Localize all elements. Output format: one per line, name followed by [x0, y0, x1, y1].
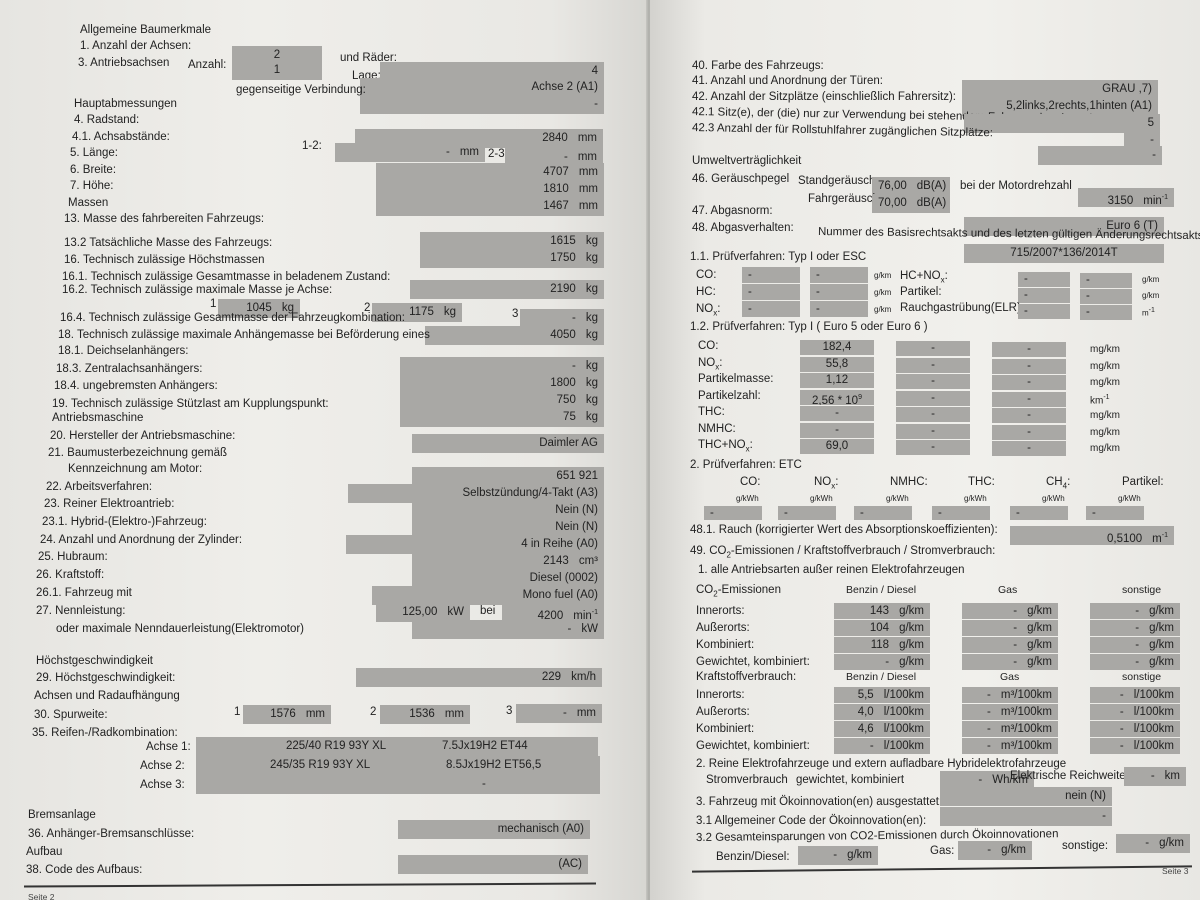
- field-wheelchair-seats: -: [1038, 146, 1162, 165]
- label-engine-marking: Kennzeichnung am Motor:: [68, 463, 202, 475]
- field-d12: -mm: [335, 143, 485, 162]
- test1-1-label: Rauchgastrübung(ELR):: [900, 302, 1024, 314]
- label-electric: 2. Reine Elektrofahrzeuge und extern auf…: [696, 758, 1066, 770]
- fuel-row-label: Innerorts:: [696, 689, 745, 701]
- co2-value: -g/km: [1090, 654, 1180, 670]
- fuel-value: -m³/100km: [962, 721, 1058, 737]
- test1-2-unit: mg/km: [1090, 344, 1120, 355]
- test1-1-value: -: [1018, 272, 1070, 287]
- test2-unit: g/kWh: [1042, 494, 1065, 503]
- label-emission-std: 47. Abgasnorm:: [692, 205, 773, 217]
- label-eco-innovation: 3. Fahrzeug mit Ökoinnovation(en) ausges…: [696, 796, 942, 808]
- fuel-value: -l/100km: [834, 738, 930, 754]
- label-savings-gas: Gas:: [930, 845, 954, 857]
- test1-2-value: 55,8: [800, 357, 874, 372]
- test1-2-value: -: [992, 441, 1066, 456]
- field-drive-noise: 70,00dB(A): [872, 194, 950, 213]
- label-interconnection: gegenseitige Verbindung:: [236, 84, 366, 96]
- test1-1-value: -: [810, 284, 868, 300]
- test2-unit: g/kWh: [964, 494, 987, 503]
- label-trailer-mass: 18. Technisch zulässige maximale Anhänge…: [58, 329, 430, 341]
- test1-2-value: -: [896, 407, 970, 422]
- label-electric-range: Elektrische Reichweite: [1010, 770, 1126, 782]
- test1-1-value: -: [810, 267, 868, 283]
- fuel-value: -l/100km: [1090, 704, 1180, 720]
- test1-2-value: -: [992, 425, 1066, 440]
- field-tyres-axle1: 225/40 R19 93Y XL 7.5Jx19H2 ET44: [196, 737, 598, 756]
- co2-row-label: Kombiniert:: [696, 639, 754, 651]
- label-length: 5. Länge:: [70, 147, 118, 159]
- label-fuel-consumption: Kraftstoffverbrauch:: [696, 671, 796, 683]
- label-test1-1: 1.1. Prüfverfahren: Typ I oder ESC: [690, 251, 866, 263]
- test1-1-label: CO:: [696, 269, 716, 281]
- co2-column-header: Benzin / Diesel: [846, 584, 916, 596]
- field-electric-range: -km: [1124, 767, 1186, 786]
- test1-1-value: -: [810, 301, 868, 317]
- test1-2-label: Partikelmasse:: [698, 373, 773, 385]
- label-eco-code: 3.1 Allgemeiner Code der Ökoinnovation(e…: [696, 815, 926, 827]
- test1-1-unit: g/km: [1142, 291, 1159, 300]
- co2-row-label: Innerorts:: [696, 605, 745, 617]
- label-d12: 1-2:: [302, 140, 322, 152]
- test2-value: -: [704, 506, 762, 520]
- fuel-value: -m³/100km: [962, 704, 1058, 720]
- label-wheelchair-seats: 42.3 Anzahl der für Rollstuhlfahrer zugä…: [692, 122, 993, 139]
- label-at-rpm: bei der Motordrehzahl: [960, 180, 1072, 192]
- co2-column-header: sonstige: [1122, 584, 1161, 596]
- axle-mass-index-1: 1: [210, 298, 216, 310]
- test1-2-value: -: [896, 341, 970, 356]
- test1-2-value: -: [992, 342, 1066, 357]
- co2-value: -g/km: [962, 603, 1058, 619]
- test2-label: NMHC:: [890, 476, 928, 488]
- label-pure-electric: 23. Reiner Elektroantrieb:: [44, 498, 174, 510]
- fuel-value: 5,5l/100km: [834, 687, 930, 703]
- co2-row-label: Gewichtet, kombiniert:: [696, 656, 810, 668]
- field-gross-mass: 2190kg: [410, 280, 604, 299]
- footer-divider-right: [692, 865, 1192, 872]
- co2-value: -g/km: [1090, 637, 1180, 653]
- fuel-column-header: Gas: [1000, 671, 1019, 683]
- field-noise-rpm: 3150min-1: [1078, 188, 1174, 207]
- label-height: 7. Höhe:: [70, 180, 113, 192]
- test1-2-value: 1,12: [800, 373, 874, 388]
- test1-2-value: -: [992, 392, 1066, 407]
- test1-1-value: -: [742, 284, 800, 300]
- section-body: Aufbau: [26, 846, 62, 858]
- test1-2-value: -: [896, 374, 970, 389]
- label-weighted-combined: gewichtet, kombiniert: [796, 774, 904, 786]
- field-tyres-axle3: -: [196, 775, 600, 794]
- test1-2-unit: mg/km: [1090, 410, 1120, 421]
- label-count: Anzahl:: [188, 59, 226, 71]
- test2-label: CH4:: [1046, 476, 1070, 490]
- label-vehicle-with: 26.1. Fahrzeug mit: [36, 587, 132, 599]
- test1-2-label: CO:: [698, 340, 718, 352]
- field-tyres-axle2: 245/35 R19 93Y XL 8.5Jx19H2 ET56,5: [196, 756, 600, 775]
- test2-value: -: [932, 506, 990, 520]
- left-page: Allgemeine Baumerkmale 1. Anzahl der Ach…: [0, 0, 648, 900]
- test1-1-unit: g/km: [874, 271, 891, 280]
- label-body-code: 38. Code des Aufbaus:: [26, 864, 142, 876]
- test2-value: -: [778, 506, 836, 520]
- label-hybrid: 23.1. Hybrid-(Elektro-)Fahrzeug:: [42, 516, 207, 528]
- test2-value: -: [1010, 506, 1068, 520]
- section-max-speed: Höchstgeschwindigkeit: [36, 655, 153, 667]
- label-savings-other: sonstige:: [1062, 840, 1108, 852]
- test2-value: -: [1086, 506, 1144, 520]
- field-max-masses: 1750kg: [420, 249, 604, 268]
- label-all-drives: 1. alle Antriebsarten außer reinen Elekt…: [698, 564, 965, 576]
- label-co2-emissions: CO2-Emissionen: [696, 584, 781, 598]
- label-smoke: 48.1. Rauch (korrigierter Wert des Absor…: [690, 524, 998, 536]
- co2-value: 143g/km: [834, 603, 930, 619]
- label-noise: 46. Geräuschpegel: [692, 173, 789, 185]
- label-manufacturer: 20. Hersteller der Antriebsmaschine:: [50, 430, 235, 442]
- test2-unit: g/kWh: [1118, 494, 1141, 503]
- co2-row-label: Außerorts:: [696, 622, 750, 634]
- label-doors: 41. Anzahl und Anordnung der Türen:: [692, 75, 883, 87]
- label-exhaust: 48. Abgasverhalten:: [692, 222, 794, 234]
- label-seats: 42. Anzahl der Sitzplätze (einschließlic…: [692, 91, 956, 103]
- track-index-2: 2: [370, 706, 376, 718]
- test1-1-value: -: [1080, 273, 1132, 288]
- test1-1-label: HC+NOx:: [900, 270, 948, 284]
- fuel-value: -l/100km: [1090, 738, 1180, 754]
- label-axles-count: 1. Anzahl der Achsen:: [80, 40, 191, 52]
- test2-unit: g/kWh: [810, 494, 833, 503]
- label-max-masses: 16. Technisch zulässige Höchstmassen: [64, 254, 265, 266]
- test1-1-unit: g/km: [874, 288, 891, 297]
- field-engine-extra: 75kg: [400, 408, 604, 427]
- test1-1-unit: m-1: [1142, 307, 1155, 318]
- label-axle3: Achse 3:: [140, 779, 185, 791]
- label-displacement: 25. Hubraum:: [38, 551, 108, 563]
- test1-1-value: -: [742, 267, 800, 283]
- field-track-2: 1536mm: [380, 705, 470, 724]
- field-legal-act: 715/2007*136/2014T: [964, 244, 1164, 263]
- label-width: 6. Breite:: [70, 164, 116, 176]
- label-axle-mass: 16.2. Technisch zulässige maximale Masse…: [62, 284, 332, 296]
- test1-2-label: NOx:: [698, 357, 722, 371]
- label-unbraked: 18.4. ungebremsten Anhängers:: [54, 380, 218, 392]
- test2-label: NOx:: [814, 476, 838, 490]
- field-track-1: 1576mm: [243, 705, 331, 724]
- field-track-3: -mm: [516, 704, 602, 723]
- label-legal-act: Nummer des Basisrechtsakts und des letzt…: [818, 226, 1200, 242]
- label-mass-running: 13. Masse des fahrbereiten Fahrzeugs:: [64, 213, 264, 225]
- test1-2-value: -: [992, 359, 1066, 374]
- section-general: Allgemeine Baumerkmale: [80, 24, 211, 36]
- test1-2-unit: mg/km: [1090, 443, 1120, 454]
- test1-2-value: -: [896, 440, 970, 455]
- field-savings-other: -g/km: [1116, 834, 1190, 853]
- label-test1-2: 1.2. Prüfverfahren: Typ I ( Euro 5 oder …: [690, 321, 928, 333]
- section-masses: Massen: [68, 197, 108, 209]
- label-top-speed: 29. Höchstgeschwindigkeit:: [36, 672, 175, 684]
- label-gross-mass: 16.1. Technisch zulässige Gesamtmasse in…: [62, 271, 390, 283]
- label-color: 40. Farbe des Fahrzeugs:: [692, 60, 824, 72]
- right-page: 40. Farbe des Fahrzeugs: 41. Anzahl und …: [650, 0, 1200, 900]
- fuel-value: -l/100km: [1090, 687, 1180, 703]
- label-support-load: 19. Technisch zulässige Stützlast am Kup…: [52, 398, 329, 410]
- co2-value: -g/km: [962, 654, 1058, 670]
- test1-2-value: -: [800, 423, 874, 438]
- label-trailer-brakes: 36. Anhänger-Bremsanschlüsse:: [28, 828, 194, 840]
- fuel-column-header: sonstige: [1122, 671, 1161, 683]
- label-fuel: 26. Kraftstoff:: [36, 569, 104, 581]
- test1-1-value: -: [1018, 304, 1070, 319]
- test1-2-value: -: [896, 358, 970, 373]
- section-axles: Achsen und Radaufhängung: [34, 690, 180, 702]
- field-interconnection: -: [360, 95, 604, 114]
- test2-label: CO:: [740, 476, 760, 488]
- test1-2-value: -: [800, 406, 874, 421]
- label-axle1: Achse 1:: [146, 741, 191, 753]
- section-environment: Umweltverträglichkeit: [692, 155, 801, 167]
- field-drive-count: 1: [232, 61, 322, 80]
- co2-value: -g/km: [834, 654, 930, 670]
- test1-2-label: THC+NOx:: [698, 439, 753, 453]
- label-wheelbase: 4. Radstand:: [74, 114, 139, 126]
- field-trailer-brakes: mechanisch (A0): [398, 820, 590, 839]
- field-savings-gas: -g/km: [958, 841, 1032, 860]
- co2-column-header: Gas: [998, 584, 1017, 596]
- label-stationary-noise: Standgeräusch:: [798, 175, 879, 187]
- test1-2-label: THC:: [698, 406, 725, 418]
- label-engine: Antriebsmaschine: [52, 412, 143, 424]
- axle-mass-index-3: 3: [512, 308, 518, 320]
- test1-1-value: -: [1018, 288, 1070, 303]
- fuel-column-header: Benzin / Diesel: [846, 671, 916, 683]
- test2-unit: g/kWh: [736, 494, 759, 503]
- test1-1-label: Partikel:: [900, 286, 942, 298]
- fuel-row-label: Außerorts:: [696, 706, 750, 718]
- co2-value: -g/km: [962, 637, 1058, 653]
- field-manufacturer: Daimler AG: [412, 434, 604, 453]
- label-type-designation: 21. Baumusterbezeichnung gemäß: [48, 447, 227, 459]
- label-test2: 2. Prüfverfahren: ETC: [690, 459, 802, 471]
- field-smoke: 0,5100m-1: [1010, 526, 1174, 545]
- field-eco-code: -: [940, 807, 1112, 826]
- test1-2-unit: mg/km: [1090, 427, 1120, 438]
- test1-1-value: -: [1080, 305, 1132, 320]
- test1-2-unit: mg/km: [1090, 361, 1120, 372]
- label-axle-distances: 4.1. Achsabstände:: [72, 131, 170, 143]
- test1-2-value: -: [896, 424, 970, 439]
- field-combo-mass: 4050kg: [425, 326, 604, 345]
- test2-unit: g/kWh: [886, 494, 909, 503]
- label-co2-title: 49. CO2-Emissionen / Kraftstoffverbrauch…: [690, 545, 995, 559]
- fuel-value: -m³/100km: [962, 738, 1058, 754]
- label-working-principle: 22. Arbeitsverfahren:: [46, 481, 152, 493]
- test2-value: -: [854, 506, 912, 520]
- co2-value: -g/km: [1090, 620, 1180, 636]
- footer-divider: [24, 883, 596, 888]
- label-drawbar: 18.1. Deichselanhängers:: [58, 345, 188, 357]
- field-top-speed: 229km/h: [356, 668, 602, 687]
- fuel-value: -l/100km: [1090, 721, 1180, 737]
- test1-2-value: 182,4: [800, 340, 874, 355]
- label-power-consumption: Stromverbrauch: [706, 774, 788, 786]
- co2-value: -g/km: [962, 620, 1058, 636]
- test1-2-value: 2,56 * 109: [800, 390, 874, 405]
- field-savings-petrol: -g/km: [798, 846, 878, 865]
- fuel-value: 4,0l/100km: [834, 704, 930, 720]
- section-brakes: Bremsanlage: [28, 809, 96, 821]
- test1-2-value: 69,0: [800, 439, 874, 454]
- label-drive-axles: 3. Antriebsachsen: [78, 57, 169, 69]
- field-body-code: (AC): [398, 855, 588, 874]
- page-number: Seite 2: [28, 892, 54, 900]
- test1-1-unit: g/km: [874, 305, 891, 314]
- field-max-continuous: -kW: [412, 620, 604, 639]
- label-tyres: 35. Reifen-/Radkombination:: [32, 727, 178, 739]
- test1-1-unit: g/km: [1142, 275, 1159, 284]
- co2-value: 118g/km: [834, 637, 930, 653]
- test1-2-unit: mg/km: [1090, 377, 1120, 388]
- test2-label: THC:: [968, 476, 995, 488]
- fuel-row-label: Kombiniert:: [696, 723, 754, 735]
- test1-1-label: HC:: [696, 286, 716, 298]
- test1-1-value: -: [1080, 289, 1132, 304]
- test1-1-value: -: [742, 301, 800, 317]
- label-axle2: Achse 2:: [140, 760, 185, 772]
- track-index-1: 1: [234, 706, 240, 718]
- page-number-right: Seite 3: [1162, 866, 1188, 876]
- label-at: bei: [480, 605, 495, 617]
- test1-2-value: -: [992, 375, 1066, 390]
- fuel-value: -m³/100km: [962, 687, 1058, 703]
- test1-2-unit: km-1: [1090, 394, 1110, 406]
- label-track: 30. Spurweite:: [34, 709, 108, 721]
- test1-2-label: NMHC:: [698, 423, 736, 435]
- field-height: 1467mm: [376, 197, 604, 216]
- test1-1-label: NOx:: [696, 303, 720, 317]
- fuel-value: 4,6l/100km: [834, 721, 930, 737]
- test2-label: Partikel:: [1122, 476, 1164, 488]
- label-max-continuous: oder maximale Nenndauerleistung(Elektrom…: [56, 623, 304, 635]
- label-cylinders: 24. Anzahl und Anordnung der Zylinder:: [40, 534, 242, 546]
- label-central-axle: 18.3. Zentralachsanhängers:: [56, 363, 202, 375]
- test1-2-value: -: [896, 391, 970, 406]
- co2-value: -g/km: [1090, 603, 1180, 619]
- label-mass-actual: 13.2 Tatsächliche Masse des Fahrzeugs:: [64, 237, 272, 249]
- label-savings-petrol: Benzin/Diesel:: [716, 851, 790, 863]
- track-index-3: 3: [506, 705, 512, 717]
- section-main-dims: Hauptabmessungen: [74, 98, 177, 110]
- co2-value: 104g/km: [834, 620, 930, 636]
- fuel-row-label: Gewichtet, kombiniert:: [696, 740, 810, 752]
- field-eco-innovation: nein (N): [940, 787, 1112, 806]
- label-rated-power: 27. Nennleistung:: [36, 605, 126, 617]
- label-combo-mass: 16.4. Technisch zulässige Gesamtmasse de…: [60, 312, 405, 324]
- test1-2-value: -: [992, 408, 1066, 423]
- test1-2-label: Partikelzahl:: [698, 390, 761, 402]
